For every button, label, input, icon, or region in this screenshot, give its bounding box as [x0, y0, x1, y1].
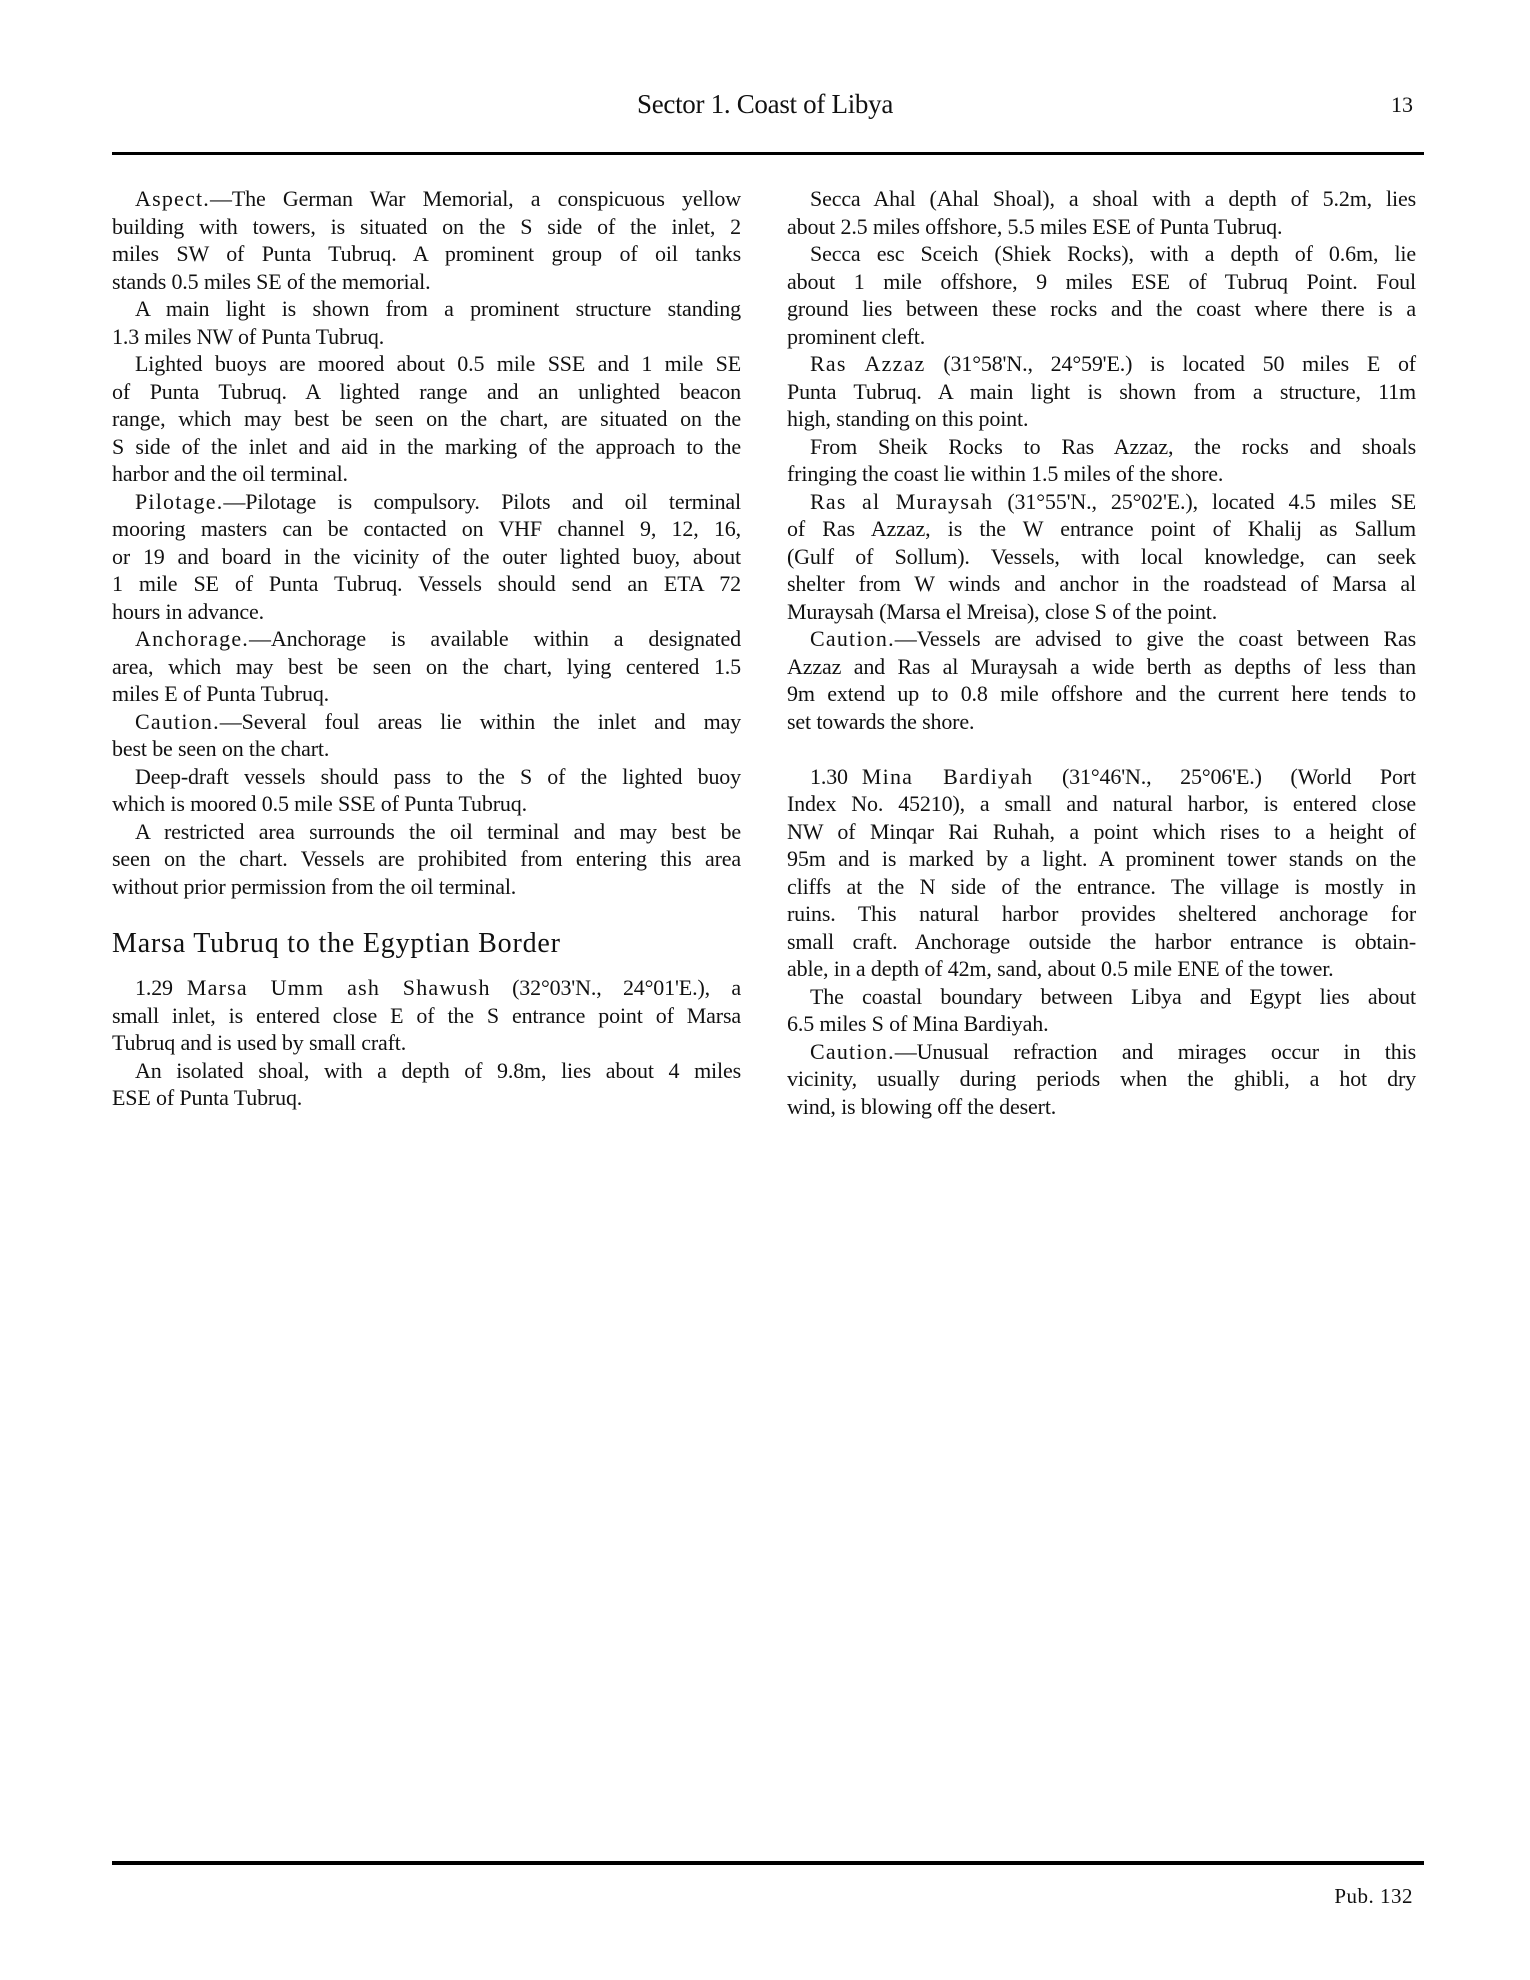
text-line: able, in a depth of 42m, sand, about 0.5…: [787, 955, 1416, 983]
page-header-title: Sector 1. Coast of Libya: [0, 88, 1530, 120]
run-in-heading: Ras Azzaz: [810, 351, 926, 376]
text-line: From Sheik Rocks to Ras Azzaz, the rocks…: [787, 433, 1416, 461]
text-line: small inlet, is entered close E of the S…: [112, 1002, 741, 1030]
text-line: cliffs at the N side of the entrance. Th…: [787, 873, 1416, 901]
paragraph: Pilotage.—Pilotage is compulsory. Pilots…: [112, 488, 741, 626]
line-text: A main light is shown from a prominent s…: [135, 296, 741, 321]
text-line: harbor and the oil terminal.: [112, 460, 741, 488]
text-line: 1 mile SE of Punta Tubruq. Vessels shoul…: [112, 570, 741, 598]
line-text: A restricted area surrounds the oil term…: [135, 819, 741, 844]
text-line: (Gulf of Sollum). Vessels, with local kn…: [787, 543, 1416, 571]
text-line: Lighted buoys are moored about 0.5 mile …: [112, 350, 741, 378]
publication-label: Pub. 132: [1250, 1882, 1413, 1910]
text-line: which is moored 0.5 mile SSE of Punta Tu…: [112, 790, 741, 818]
run-in-heading: Aspect.: [135, 186, 210, 211]
text-line: ruins. This natural harbor provides shel…: [787, 900, 1416, 928]
text-line: A main light is shown from a prominent s…: [112, 295, 741, 323]
text-line: of Punta Tubruq. A lighted range and an …: [112, 378, 741, 406]
run-in-heading: Marsa Umm ash Shawush: [187, 975, 491, 1000]
line-text: (31°58'N., 24°59'E.) is located 50 miles…: [926, 351, 1416, 376]
text-line: set towards the shore.: [787, 708, 1416, 736]
paragraph: Anchorage.—Anchorage is available within…: [112, 625, 741, 708]
text-line: Ras Azzaz (31°58'N., 24°59'E.) is locate…: [787, 350, 1416, 378]
text-line: stands 0.5 miles SE of the memorial.: [112, 268, 741, 296]
text-line: fringing the coast lie within 1.5 miles …: [787, 460, 1416, 488]
text-line: 1.29Marsa Umm ash Shawush (32°03'N., 24°…: [112, 974, 741, 1002]
section-number: 1.29: [135, 975, 173, 1000]
text-line: Aspect.—The German War Memorial, a consp…: [112, 185, 741, 213]
run-in-heading: Caution.: [810, 1039, 895, 1064]
paragraph: A main light is shown from a prominent s…: [112, 295, 741, 350]
paragraph: Caution.—Vessels are advised to give the…: [787, 625, 1416, 735]
line-text: An isolated shoal, with a depth of 9.8m,…: [135, 1058, 741, 1083]
line-text: Unusual refraction and mirages occur in …: [917, 1039, 1416, 1064]
text-line: building with towers, is situated on the…: [112, 213, 741, 241]
paragraph: Ras Azzaz (31°58'N., 24°59'E.) is locate…: [787, 350, 1416, 433]
text-line: Caution.—Several foul areas lie within t…: [112, 708, 741, 736]
text-line: 95m and is marked by a light. A prominen…: [787, 845, 1416, 873]
text-line: prominent cleft.: [787, 323, 1416, 351]
text-line: miles SW of Punta Tubruq. A prominent gr…: [112, 240, 741, 268]
paragraph: Ras al Muraysah (31°55'N., 25°02'E.), lo…: [787, 488, 1416, 626]
paragraph: A restricted area surrounds the oil term…: [112, 818, 741, 901]
run-in-heading: Mina Bardiyah: [862, 764, 1033, 789]
text-line: best be seen on the chart.: [112, 735, 741, 763]
paragraph: 1.29Marsa Umm ash Shawush (32°03'N., 24°…: [112, 974, 741, 1057]
left-column: Aspect.—The German War Memorial, a consp…: [112, 185, 741, 1112]
text-line: A restricted area surrounds the oil term…: [112, 818, 741, 846]
line-text: Several foul areas lie within the inlet …: [242, 709, 741, 734]
text-line: Secca Ahal (Ahal Shoal), a shoal with a …: [787, 185, 1416, 213]
line-text: Vessels are advised to give the coast be…: [917, 626, 1416, 651]
run-in-heading: Pilotage.: [135, 489, 223, 514]
text-line: small craft. Anchorage outside the harbo…: [787, 928, 1416, 956]
line-text: The German War Memorial, a conspicuous y…: [232, 186, 741, 211]
paragraph-gap: [787, 735, 1416, 763]
text-line: Index No. 45210), a small and natural ha…: [787, 790, 1416, 818]
text-line: Pilotage.—Pilotage is compulsory. Pilots…: [112, 488, 741, 516]
text-line: The coastal boundary between Libya and E…: [787, 983, 1416, 1011]
line-text: Secca Ahal (Ahal Shoal), a shoal with a …: [810, 186, 1416, 211]
text-line: Punta Tubruq. A main light is shown from…: [787, 378, 1416, 406]
paragraph: 1.30Mina Bardiyah (31°46'N., 25°06'E.) (…: [787, 763, 1416, 983]
line-text: From Sheik Rocks to Ras Azzaz, the rocks…: [810, 434, 1416, 459]
run-in-heading: Caution.: [135, 709, 220, 734]
text-line: without prior permission from the oil te…: [112, 873, 741, 901]
line-text: (32°03'N., 24°01'E.), a: [491, 975, 741, 1000]
em-dash: —: [223, 489, 245, 514]
text-line: 1.30Mina Bardiyah (31°46'N., 25°06'E.) (…: [787, 763, 1416, 791]
text-line: An isolated shoal, with a depth of 9.8m,…: [112, 1057, 741, 1085]
text-line: 9m extend up to 0.8 mile offshore and th…: [787, 680, 1416, 708]
text-line: about 2.5 miles offshore, 5.5 miles ESE …: [787, 213, 1416, 241]
line-text: Deep-draft vessels should pass to the S …: [135, 764, 741, 789]
text-line: high, standing on this point.: [787, 405, 1416, 433]
run-in-heading: Anchorage.: [135, 626, 249, 651]
text-line: mooring masters can be contacted on VHF …: [112, 515, 741, 543]
paragraph: Deep-draft vessels should pass to the S …: [112, 763, 741, 818]
text-line: Azzaz and Ras al Muraysah a wide berth a…: [787, 653, 1416, 681]
text-line: Tubruq and is used by small craft.: [112, 1029, 741, 1057]
page-number: 13: [1340, 90, 1413, 120]
text-line: Caution.—Unusual refraction and mirages …: [787, 1038, 1416, 1066]
text-line: area, which may best be seen on the char…: [112, 653, 741, 681]
text-line: vicinity, usually during periods when th…: [787, 1065, 1416, 1093]
section-heading: Marsa Tubruq to the Egyptian Border: [112, 914, 741, 974]
line-text: The coastal boundary between Libya and E…: [810, 984, 1416, 1009]
line-text: Lighted buoys are moored about 0.5 mile …: [135, 351, 741, 376]
run-in-heading: Caution.: [810, 626, 895, 651]
text-line: NW of Minqar Rai Ruhah, a point which ri…: [787, 818, 1416, 846]
header-rule: [112, 152, 1424, 155]
paragraph: Aspect.—The German War Memorial, a consp…: [112, 185, 741, 295]
line-text: (31°46'N., 25°06'E.) (World Port: [1033, 764, 1416, 789]
run-in-heading: Ras al Muraysah: [810, 489, 993, 514]
line-text: Secca esc Sceich (Shiek Rocks), with a d…: [810, 241, 1416, 266]
line-text: (31°55'N., 25°02'E.), located 4.5 miles …: [993, 489, 1416, 514]
line-text: Pilotage is compulsory. Pilots and oil t…: [245, 489, 741, 514]
paragraph: Secca Ahal (Ahal Shoal), a shoal with a …: [787, 185, 1416, 240]
text-line: miles E of Punta Tubruq.: [112, 680, 741, 708]
text-line: of Ras Azzaz, is the W entrance point of…: [787, 515, 1416, 543]
text-line: about 1 mile offshore, 9 miles ESE of Tu…: [787, 268, 1416, 296]
text-line: Muraysah (Marsa el Mreisa), close S of t…: [787, 598, 1416, 626]
em-dash: —: [895, 626, 917, 651]
text-line: range, which may best be seen on the cha…: [112, 405, 741, 433]
paragraph: Lighted buoys are moored about 0.5 mile …: [112, 350, 741, 488]
text-line: hours in advance.: [112, 598, 741, 626]
paragraph: An isolated shoal, with a depth of 9.8m,…: [112, 1057, 741, 1112]
text-line: Ras al Muraysah (31°55'N., 25°02'E.), lo…: [787, 488, 1416, 516]
em-dash: —: [210, 186, 232, 211]
text-line: or 19 and board in the vicinity of the o…: [112, 543, 741, 571]
text-line: Anchorage.—Anchorage is available within…: [112, 625, 741, 653]
text-line: ground lies between these rocks and the …: [787, 295, 1416, 323]
text-line: wind, is blowing off the desert.: [787, 1093, 1416, 1121]
text-line: 1.3 miles NW of Punta Tubruq.: [112, 323, 741, 351]
paragraph: The coastal boundary between Libya and E…: [787, 983, 1416, 1038]
em-dash: —: [249, 626, 271, 651]
em-dash: —: [220, 709, 242, 734]
footer-rule: [112, 1861, 1424, 1865]
text-line: ESE of Punta Tubruq.: [112, 1084, 741, 1112]
text-line: 6.5 miles S of Mina Bardiyah.: [787, 1010, 1416, 1038]
text-line: shelter from W winds and anchor in the r…: [787, 570, 1416, 598]
paragraph: Caution.—Several foul areas lie within t…: [112, 708, 741, 763]
text-line: S side of the inlet and aid in the marki…: [112, 433, 741, 461]
em-dash: —: [895, 1039, 917, 1064]
paragraph: From Sheik Rocks to Ras Azzaz, the rocks…: [787, 433, 1416, 488]
paragraph: Secca esc Sceich (Shiek Rocks), with a d…: [787, 240, 1416, 350]
text-line: Secca esc Sceich (Shiek Rocks), with a d…: [787, 240, 1416, 268]
text-line: Deep-draft vessels should pass to the S …: [112, 763, 741, 791]
section-number: 1.30: [810, 764, 848, 789]
text-line: Caution.—Vessels are advised to give the…: [787, 625, 1416, 653]
paragraph: Caution.—Unusual refraction and mirages …: [787, 1038, 1416, 1121]
text-line: seen on the chart. Vessels are prohibite…: [112, 845, 741, 873]
line-text: Anchorage is available within a designat…: [271, 626, 741, 651]
right-column: Secca Ahal (Ahal Shoal), a shoal with a …: [787, 185, 1416, 1120]
